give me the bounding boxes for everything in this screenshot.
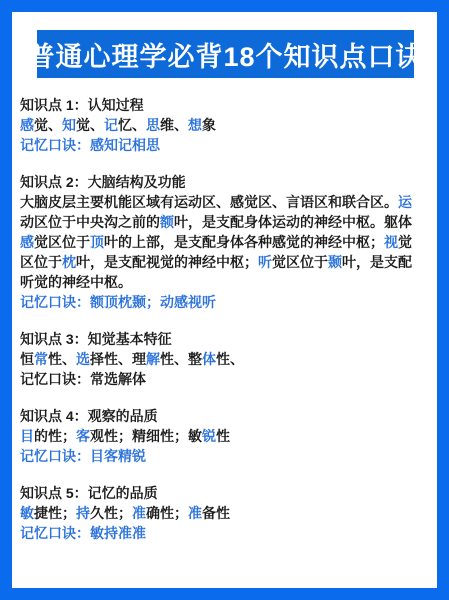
highlight-char: 枕 [62,254,76,270]
highlight-char: 颞 [328,254,342,270]
text-segment: 忆、 [118,117,146,133]
section-body: 敏捷性；持久性；准确性；准备性 [20,503,422,523]
text-segment: 择性、理 [90,351,146,367]
mnemonic-line: 记忆口诀：敏持准准 [20,523,422,543]
highlight-char: 目 [20,428,34,444]
text-segment: 觉、 [76,117,104,133]
mnemonic-line: 记忆口诀：感知记相思 [20,135,422,155]
highlight-char: 常 [34,351,48,367]
text-segment: 性、整 [160,351,202,367]
knowledge-section: 知识点 4：观察的品质目的性；客观性；精细性；敏锐性记忆口诀：目客精锐 [20,406,422,466]
highlight-char: 想 [188,117,202,133]
highlight-char: 感 [20,234,34,250]
text-segment: 叶，是支配身体运动的神经中枢。躯体 [174,214,412,230]
text-segment: 动区位于中央沟之前的 [20,214,160,230]
mnemonic-line: 记忆口诀：目客精锐 [20,446,422,466]
knowledge-section: 知识点 2：大脑结构及功能大脑皮层主要机能区域有运动区、感觉区、言语区和联合区。… [20,172,422,312]
highlight-char: 体 [202,351,216,367]
section-title: 知识点 2：大脑结构及功能 [20,172,422,192]
highlight-char: 准 [188,505,202,521]
text-segment: 叶的上部，是支配身体各种感觉的神经中枢； [104,234,384,250]
highlight-char: 记 [104,117,118,133]
text-segment: 觉区位于 [34,234,90,250]
highlight-char: 思 [146,117,160,133]
highlight-char: 敏 [20,505,34,521]
poster-page: 普通心理学必背18个知识点口诀 知识点 1：认知过程感觉、知觉、记忆、思维、想象… [0,0,449,600]
text-segment: 备性 [202,505,230,521]
knowledge-section: 知识点 1：认知过程感觉、知觉、记忆、思维、想象记忆口诀：感知记相思 [20,95,422,155]
highlight-char: 感 [20,117,34,133]
knowledge-section: 知识点 3：知觉基本特征恒常性、选择性、理解性、整体性、记忆口诀：常选解体 [20,329,422,389]
text-segment: 象 [202,117,216,133]
text-segment: 久性； [90,505,132,521]
text-segment: 性、 [216,351,244,367]
section-title: 知识点 1：认知过程 [20,95,422,115]
title-banner: 普通心理学必背18个知识点口诀 [37,30,414,78]
highlight-char: 运 [398,194,412,210]
highlight-char: 额 [160,214,174,230]
text-segment: 大脑皮层主要机能区域有运动区、感觉区、言语区和联合区。 [20,194,398,210]
page-title: 普通心理学必背18个知识点口诀 [27,35,423,74]
section-title: 知识点 5：记忆的品质 [20,483,422,503]
text-segment: 觉区位于 [272,254,328,270]
text-segment: 观性；精细性；敏 [90,428,202,444]
content-area: 普通心理学必背18个知识点口诀 知识点 1：认知过程感觉、知觉、记忆、思维、想象… [12,12,437,588]
highlight-char: 视 [384,234,398,250]
highlight-char: 持 [76,505,90,521]
knowledge-section: 知识点 5：记忆的品质敏捷性；持久性；准确性；准备性记忆口诀：敏持准准 [20,483,422,543]
highlight-char: 解 [146,351,160,367]
text-segment: 觉、 [34,117,62,133]
text-segment: 性、 [48,351,76,367]
mnemonic-line: 记忆口诀：额顶枕颞；动感视听 [20,292,422,312]
highlight-char: 知 [62,117,76,133]
section-body: 大脑皮层主要机能区域有运动区、感觉区、言语区和联合区。运动区位于中央沟之前的额叶… [20,192,422,292]
section-body: 目的性；客观性；精细性；敏锐性 [20,426,422,446]
highlight-char: 客 [76,428,90,444]
highlight-char: 听 [258,254,272,270]
text-segment: 恒 [20,351,34,367]
section-body: 感觉、知觉、记忆、思维、想象 [20,115,422,135]
section-body: 恒常性、选择性、理解性、整体性、 [20,349,422,369]
text-segment: 确性； [146,505,188,521]
text-segment: 的性； [34,428,76,444]
section-title: 知识点 3：知觉基本特征 [20,329,422,349]
section-title: 知识点 4：观察的品质 [20,406,422,426]
text-segment: 性 [216,428,230,444]
mnemonic-line: 记忆口诀：常选解体 [20,369,422,389]
highlight-char: 准 [132,505,146,521]
sections-container: 知识点 1：认知过程感觉、知觉、记忆、思维、想象记忆口诀：感知记相思知识点 2：… [12,95,437,543]
text-segment: 捷性； [34,505,76,521]
highlight-char: 顶 [90,234,104,250]
text-segment: 维、 [160,117,188,133]
highlight-char: 选 [76,351,90,367]
text-segment: 叶，是支配视觉的神经中枢； [76,254,258,270]
highlight-char: 锐 [202,428,216,444]
